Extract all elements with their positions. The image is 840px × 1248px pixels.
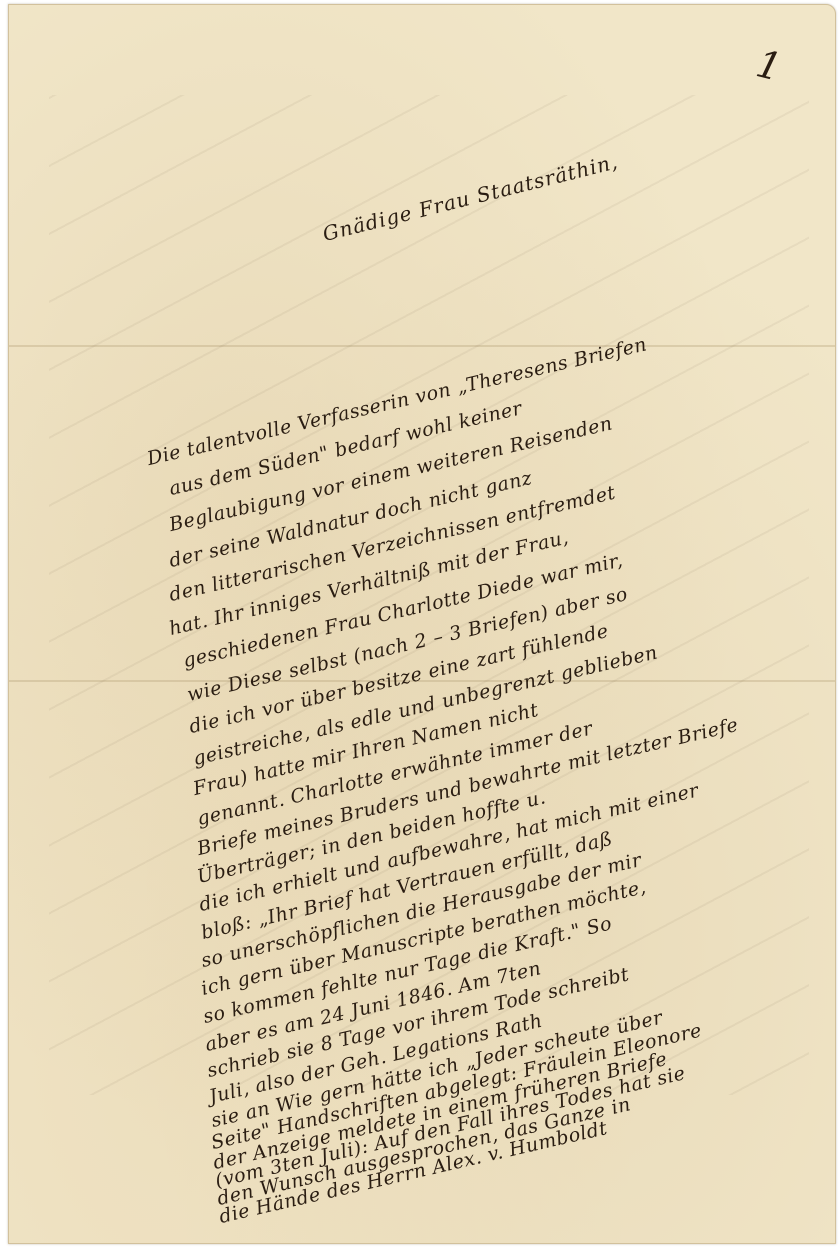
fold-crease (9, 345, 835, 347)
